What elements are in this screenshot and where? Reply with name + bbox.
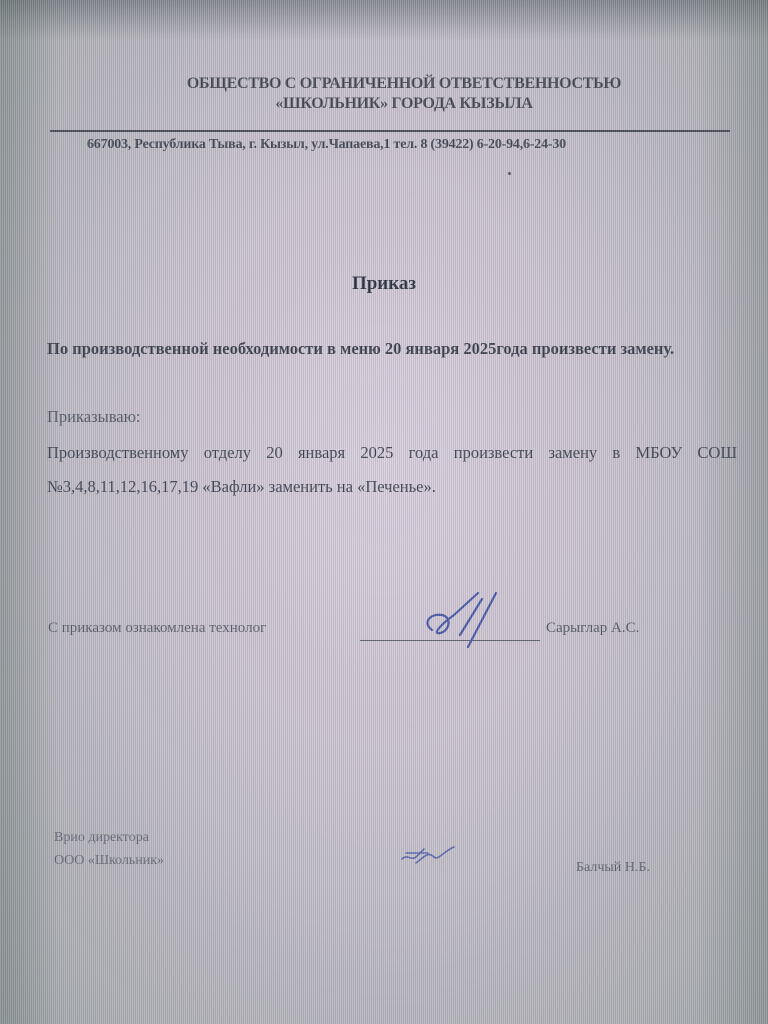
stray-dot xyxy=(508,172,511,175)
technologist-name: Сарыглар А.С. xyxy=(546,620,639,637)
left-edge-shade xyxy=(0,0,60,1024)
director-name: Балчый Н.Б. xyxy=(576,860,650,876)
paragraph-reason: По производственной необходимости в меню… xyxy=(47,332,737,366)
header-divider xyxy=(50,130,730,132)
org-name-line-1: ОБЩЕСТВО С ОГРАНИЧЕННОЙ ОТВЕТСТВЕННОСТЬЮ xyxy=(20,75,768,93)
org-address: 667003, Республика Тыва, г. Кызыл, ул.Ча… xyxy=(87,137,566,153)
org-name-line-2: «ШКОЛЬНИК» ГОРОДА КЫЗЫЛА xyxy=(20,95,768,113)
director-signature-icon xyxy=(398,843,458,868)
acknowledgement-label: С приказом ознакомлена технолог xyxy=(48,620,266,637)
paragraph-order-label: Приказываю: xyxy=(47,400,737,434)
document-title: Приказ xyxy=(0,273,768,295)
director-title-line-2: ООО «Школьник» xyxy=(54,853,164,869)
top-shadow xyxy=(0,0,768,40)
document-photo-background xyxy=(0,0,768,1024)
director-title-line-1: Врио директора xyxy=(54,830,149,846)
right-edge-shade xyxy=(698,0,768,1024)
paragraph-order-text: Производственному отделу 20 января 2025 … xyxy=(47,436,737,504)
technologist-signature-icon xyxy=(420,585,510,650)
